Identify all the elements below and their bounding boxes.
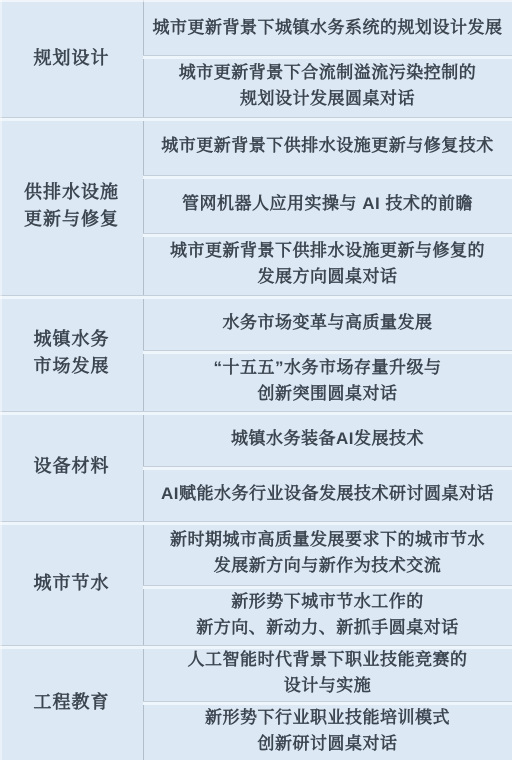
- topic-text: 水务市场变革与高质量发展: [223, 310, 433, 336]
- category-cell: 规划设计: [0, 0, 143, 117]
- topic-text: 新形势下城市节水工作的 新方向、新动力、新抓手圆桌对话: [196, 589, 459, 641]
- topic-cell: 管网机器人应用实操与 AI 技术的前瞻: [143, 175, 512, 233]
- topics-column: 城镇水务装备AI发展技术 AI赋能水务行业设备发展技术研讨圆桌对话: [143, 411, 512, 521]
- topics-column: 城市更新背景下供排水设施更新与修复技术 管网机器人应用实操与 AI 技术的前瞻 …: [143, 117, 512, 295]
- category-cell: 城镇水务 市场发展: [0, 295, 143, 411]
- category-label: 城市节水: [34, 570, 110, 597]
- topic-cell: 人工智能时代背景下职业技能竞赛的 设计与实施: [143, 645, 512, 701]
- section-water-supply-drainage-renewal: 供排水设施 更新与修复 城市更新背景下供排水设施更新与修复技术 管网机器人应用实…: [0, 117, 512, 295]
- category-label: 设备材料: [34, 453, 110, 480]
- topic-text: 管网机器人应用实操与 AI 技术的前瞻: [182, 191, 473, 217]
- topic-text: AI赋能水务行业设备发展技术研讨圆桌对话: [161, 481, 494, 507]
- topic-cell: 新形势下行业职业技能培训模式 创新研讨圆桌对话: [143, 701, 512, 760]
- topic-cell: 城市更新背景下供排水设施更新与修复技术: [143, 117, 512, 175]
- topics-column: 新时期城市高质量发展要求下的城市节水 发展新方向与新作为技术交流 新形势下城市节…: [143, 521, 512, 645]
- category-cell: 工程教育: [0, 645, 143, 760]
- topic-cell: 新时期城市高质量发展要求下的城市节水 发展新方向与新作为技术交流: [143, 521, 512, 585]
- topic-cell: 城市更新背景下合流制溢流污染控制的 规划设计发展圆桌对话: [143, 55, 512, 117]
- category-cell: 城市节水: [0, 521, 143, 645]
- section-equipment-materials: 设备材料 城镇水务装备AI发展技术 AI赋能水务行业设备发展技术研讨圆桌对话: [0, 411, 512, 521]
- category-label: 城镇水务 市场发展: [34, 326, 110, 380]
- category-label: 规划设计: [34, 45, 110, 72]
- section-planning-design: 规划设计 城市更新背景下城镇水务系统的规划设计发展 城市更新背景下合流制溢流污染…: [0, 0, 512, 117]
- topic-text: 新形势下行业职业技能培训模式 创新研讨圆桌对话: [205, 705, 450, 757]
- topic-text: 城镇水务装备AI发展技术: [231, 426, 424, 452]
- topic-text: 城市更新背景下供排水设施更新与修复的 发展方向圆桌对话: [170, 238, 485, 290]
- topic-cell: 新形势下城市节水工作的 新方向、新动力、新抓手圆桌对话: [143, 585, 512, 645]
- topic-text: 新时期城市高质量发展要求下的城市节水 发展新方向与新作为技术交流: [170, 527, 485, 579]
- category-label: 供排水设施 更新与修复: [24, 179, 119, 233]
- topics-column: 城市更新背景下城镇水务系统的规划设计发展 城市更新背景下合流制溢流污染控制的 规…: [143, 0, 512, 117]
- topic-cell: AI赋能水务行业设备发展技术研讨圆桌对话: [143, 466, 512, 521]
- topic-cell: 城镇水务装备AI发展技术: [143, 411, 512, 466]
- topics-column: 人工智能时代背景下职业技能竞赛的 设计与实施 新形势下行业职业技能培训模式 创新…: [143, 645, 512, 760]
- forum-agenda-table: 规划设计 城市更新背景下城镇水务系统的规划设计发展 城市更新背景下合流制溢流污染…: [0, 0, 512, 760]
- category-cell: 供排水设施 更新与修复: [0, 117, 143, 295]
- topic-text: 城市更新背景下供排水设施更新与修复技术: [161, 133, 494, 159]
- topic-cell: 城市更新背景下供排水设施更新与修复的 发展方向圆桌对话: [143, 233, 512, 295]
- category-label: 工程教育: [34, 689, 110, 716]
- topic-cell: 水务市场变革与高质量发展: [143, 295, 512, 350]
- topic-text: “十五五”水务市场存量升级与 创新突围圆桌对话: [214, 355, 442, 407]
- topic-cell: “十五五”水务市场存量升级与 创新突围圆桌对话: [143, 350, 512, 411]
- topic-text: 城市更新背景下合流制溢流污染控制的 规划设计发展圆桌对话: [179, 60, 477, 112]
- topic-cell: 城市更新背景下城镇水务系统的规划设计发展: [143, 0, 512, 55]
- section-urban-water-conservation: 城市节水 新时期城市高质量发展要求下的城市节水 发展新方向与新作为技术交流 新形…: [0, 521, 512, 645]
- section-engineering-education: 工程教育 人工智能时代背景下职业技能竞赛的 设计与实施 新形势下行业职业技能培训…: [0, 645, 512, 760]
- topic-text: 城市更新背景下城镇水务系统的规划设计发展: [153, 15, 503, 41]
- topics-column: 水务市场变革与高质量发展 “十五五”水务市场存量升级与 创新突围圆桌对话: [143, 295, 512, 411]
- topic-text: 人工智能时代背景下职业技能竞赛的 设计与实施: [188, 647, 468, 699]
- category-cell: 设备材料: [0, 411, 143, 521]
- section-market-development: 城镇水务 市场发展 水务市场变革与高质量发展 “十五五”水务市场存量升级与 创新…: [0, 295, 512, 411]
